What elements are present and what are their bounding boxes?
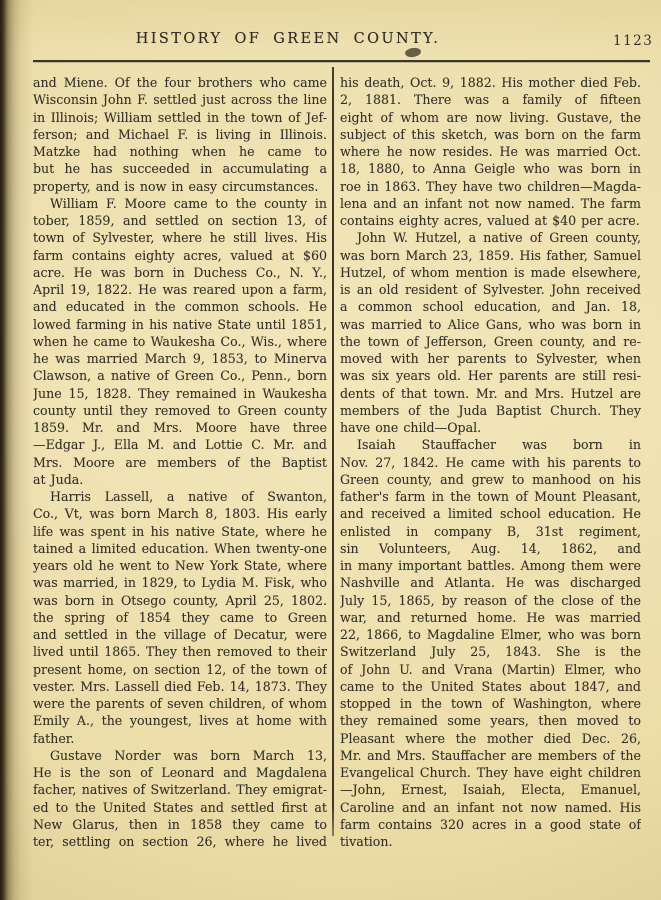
text-line: acre. He was born in Duchess Co., N. Y., — [33, 264, 327, 281]
column-divider — [332, 67, 334, 836]
text-line: was born March 23, 1859. His father, Sam… — [340, 247, 641, 264]
text-line: July 15, 1865, by reason of the close of… — [340, 592, 641, 609]
paragraph: Gustave Norder was born March 13, 1839.H… — [33, 747, 327, 851]
text-line: Green county, and grew to manhood on his — [340, 471, 641, 488]
text-line: Gustave Norder was born March 13, 1839. — [33, 747, 327, 764]
text-line: enlisted in company B, 31st regiment, Wi… — [340, 523, 641, 540]
text-line: in many important battles. Among them we… — [340, 557, 641, 574]
paragraph: William F. Moore came to the county in O… — [33, 195, 327, 488]
text-line: Caroline and an infant not now named. Hi… — [340, 799, 641, 816]
text-line: moved with her parents to Sylvester, whe… — [340, 350, 641, 367]
text-line: tained a limited education. When twenty-… — [33, 540, 327, 557]
text-line: Matzke had nothing when he came to Ameri… — [33, 143, 327, 160]
text-line: his death, Oct. 9, 1882. His mother died… — [340, 74, 641, 91]
text-line: property, and is now in easy circumstanc… — [33, 178, 327, 195]
text-line: present home, on section 12, of the town… — [33, 661, 327, 678]
text-line: ter, settling on section 26, where he li… — [33, 833, 327, 850]
text-line: Switzerland July 25, 1843. She is the da… — [340, 643, 641, 660]
paragraph: his death, Oct. 9, 1882. His mother died… — [340, 74, 641, 229]
text-line: farm contains 320 acres in a good state … — [340, 816, 641, 833]
right-column: his death, Oct. 9, 1882. His mother died… — [340, 74, 641, 850]
text-line: Isaiah Stauffacher was born in Switzerla… — [340, 436, 641, 453]
ink-smudge — [404, 47, 421, 58]
text-line: Nashville and Atlanta. He was discharged — [340, 574, 641, 591]
text-line: Emily A., the youngest, lives at home wi… — [33, 712, 327, 729]
text-line: eight of whom are now living. Gustave, t… — [340, 109, 641, 126]
text-line: is an old resident of Sylvester. John re… — [340, 281, 641, 298]
text-line: life was spent in his native State, wher… — [33, 523, 327, 540]
text-line: county until they removed to Green count… — [33, 402, 327, 419]
paragraph: John W. Hutzel, a native of Green county… — [340, 229, 641, 436]
text-line: and educated in the common schools. He f… — [33, 298, 327, 315]
text-line: Evangelical Church. They have eight chil… — [340, 764, 641, 781]
text-line: town of Sylvester, where he still lives.… — [33, 229, 327, 246]
text-line: —Edgar J., Ella M. and Lottie C. Mr. and — [33, 436, 327, 453]
book-page: { "header": { "title": "HISTORY OF GREEN… — [0, 0, 661, 900]
text-line: years old he went to New York State, whe… — [33, 557, 327, 574]
text-line: where he now resides. He was married Oct… — [340, 143, 641, 160]
text-line: Hutzel, of whom mention is made elsewher… — [340, 264, 641, 281]
text-line: vester. Mrs. Lassell died Feb. 14, 1873.… — [33, 678, 327, 695]
text-line: but he has succeeded in accumulating a g… — [33, 160, 327, 177]
text-line: when he came to Waukesha Co., Wis., wher… — [33, 333, 327, 350]
text-line: members of the Juda Baptist Church. They — [340, 402, 641, 419]
text-line: June 15, 1828. They remained in Waukesha — [33, 385, 327, 402]
text-line: roe in 1863. They have two children—Magd… — [340, 178, 641, 195]
text-line: Mr. and Mrs. Stauffacher are members of … — [340, 747, 641, 764]
text-line: John W. Hutzel, a native of Green county… — [340, 229, 641, 246]
text-line: Nov. 27, 1842. He came with his parents … — [340, 454, 641, 471]
text-line: Pleasant where the mother died Dec. 26, … — [340, 730, 641, 747]
text-line: and settled in the village of Decatur, w… — [33, 626, 327, 643]
text-line: was born in Otsego county, April 25, 180… — [33, 592, 327, 609]
text-line: New Glarus, then in 1858 they came to Sy… — [33, 816, 327, 833]
text-line: at Juda. — [33, 471, 327, 488]
text-line: Clawson, a native of Green Co., Penn., b… — [33, 367, 327, 384]
text-line: they remained some years, then moved to … — [340, 712, 641, 729]
text-line: was married, in 1829, to Lydia M. Fisk, … — [33, 574, 327, 591]
text-line: facher, natives of Switzerland. They emi… — [33, 781, 327, 798]
text-line: Mrs. Moore are members of the Baptist Ch… — [33, 454, 327, 471]
text-line: ferson; and Michael F. is living in Illi… — [33, 126, 327, 143]
text-line: 2, 1881. There was a family of fifteen c… — [340, 91, 641, 108]
text-line: subject of this sketch, was born on the … — [340, 126, 641, 143]
header-rule — [33, 60, 650, 62]
paragraph: and Miene. Of the four brothers who came… — [33, 74, 327, 195]
text-line: in Illinois; William settled in the town… — [33, 109, 327, 126]
text-line: the town of Jefferson, Green county, and… — [340, 333, 641, 350]
text-line: farm contains eighty acres, valued at $6… — [33, 247, 327, 264]
text-line: tivation. — [340, 833, 641, 850]
text-line: was married to Alice Gans, who was born … — [340, 316, 641, 333]
text-line: lena and an infant not now named. The fa… — [340, 195, 641, 212]
text-line: have one child—Opal. — [340, 419, 641, 436]
text-line: 1859. Mr. and Mrs. Moore have three chil… — [33, 419, 327, 436]
text-line: lowed farming in his native State until … — [33, 316, 327, 333]
text-line: he was married March 9, 1853, to Minerva — [33, 350, 327, 367]
text-line: 18, 1880, to Anna Geigle who was born in… — [340, 160, 641, 177]
text-line: contains eighty acres, valued at $40 per… — [340, 212, 641, 229]
text-line: were the parents of seven children, of w… — [33, 695, 327, 712]
text-line: 22, 1866, to Magdaline Elmer, who was bo… — [340, 626, 641, 643]
binding-shadow — [0, 0, 34, 900]
text-line: dents of that town. Mr. and Mrs. Hutzel … — [340, 385, 641, 402]
paragraph: Harris Lassell, a native of Swanton, Fra… — [33, 488, 327, 747]
text-line: of John U. and Vrana (Martin) Elmer, who — [340, 661, 641, 678]
text-line: was six years old. Her parents are still… — [340, 367, 641, 384]
text-line: stopped in the town of Washington, where — [340, 695, 641, 712]
text-line: Wisconsin John F. settled just across th… — [33, 91, 327, 108]
text-line: father's farm in the town of Mount Pleas… — [340, 488, 641, 505]
text-line: father. — [33, 730, 327, 747]
text-line: ed to the United States and settled firs… — [33, 799, 327, 816]
text-line: war, and returned home. He was married J… — [340, 609, 641, 626]
left-column: and Miene. Of the four brothers who came… — [33, 74, 327, 850]
text-line: Co., Vt, was born March 8, 1803. His ear… — [33, 505, 327, 522]
text-line: a common school education, and Jan. 18, … — [340, 298, 641, 315]
text-line: lived until 1865. They then removed to t… — [33, 643, 327, 660]
text-line: April 19, 1822. He was reared upon a far… — [33, 281, 327, 298]
page-header-title: HISTORY OF GREEN COUNTY. — [136, 31, 441, 47]
page-number: 1123 — [613, 33, 653, 49]
text-line: He is the son of Leonard and Magdalena S… — [33, 764, 327, 781]
text-line: came to the United States about 1847, an… — [340, 678, 641, 695]
text-line: sin Volunteers, Aug. 14, 1862, and parti… — [340, 540, 641, 557]
text-line: tober, 1859, and settled on section 13, … — [33, 212, 327, 229]
text-line: the spring of 1854 they came to Green co… — [33, 609, 327, 626]
text-line: and Miene. Of the four brothers who came… — [33, 74, 327, 91]
text-line: and received a limited school education.… — [340, 505, 641, 522]
text-line: Harris Lassell, a native of Swanton, Fra… — [33, 488, 327, 505]
paragraph: Isaiah Stauffacher was born in Switzerla… — [340, 436, 641, 850]
text-line: —John, Ernest, Isaiah, Electa, Emanuel, … — [340, 781, 641, 798]
text-line: William F. Moore came to the county in O… — [33, 195, 327, 212]
